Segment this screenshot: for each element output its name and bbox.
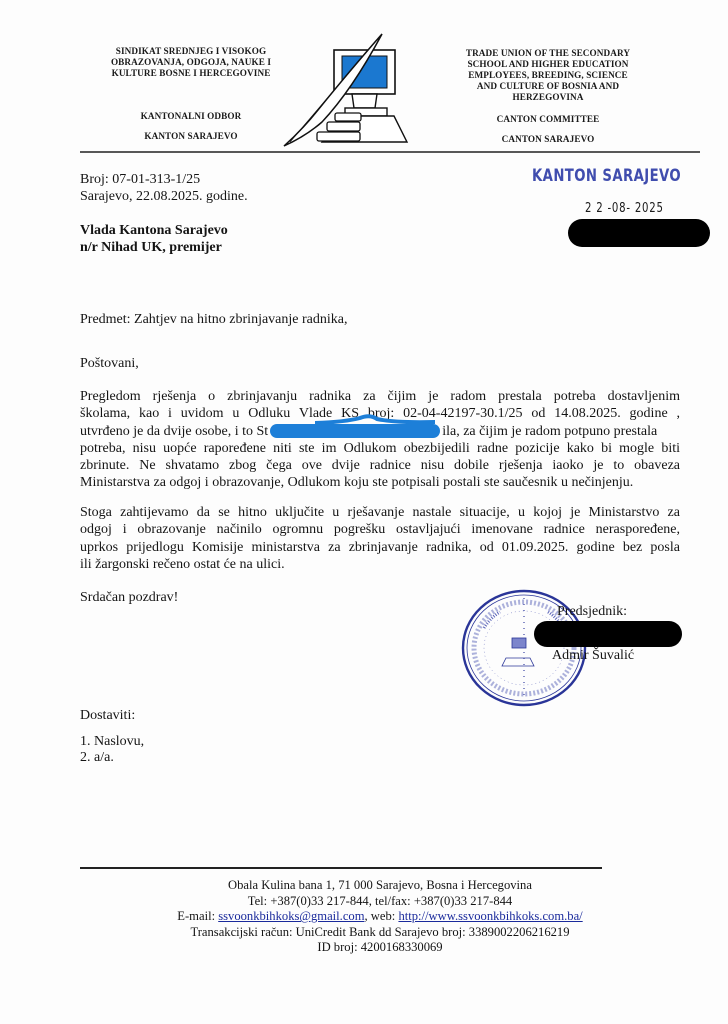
body-paragraph-1: Pregledom rješenja o zbrinjavanju radnik… xyxy=(80,388,680,492)
website-link[interactable]: http://www.ssvoonkbihkoks.com.ba/ xyxy=(398,909,582,923)
distribution-item: 1. Naslovu, xyxy=(80,733,144,750)
redaction-bar xyxy=(568,219,710,247)
committee-bosnian: KANTONALNI ODBOR xyxy=(96,111,286,122)
reference-date: Sarajevo, 22.08.2025. godine. xyxy=(80,188,248,205)
recipient-name: Vlada Kantona Sarajevo xyxy=(80,222,228,239)
header-divider xyxy=(80,150,700,154)
email-link[interactable]: ssvoonkbihkoks@gmail.com xyxy=(218,909,364,923)
reference-number: Broj: 07-01-313-1/25 xyxy=(80,171,200,188)
signature-redaction xyxy=(534,621,682,647)
recipient-attention: n/r Nihad UK, premijer xyxy=(80,239,222,256)
computer-with-quill-and-books-icon xyxy=(282,28,432,152)
distribution-label: Dostaviti: xyxy=(80,707,135,724)
letter-page: SINDIKAT SREDNJEG I VISOKOG OBRAZOVANJA,… xyxy=(0,0,728,1024)
subject-line: Predmet: Zahtjev na hitno zbrinjavanje r… xyxy=(80,311,347,328)
union-name-bosnian: SINDIKAT SREDNJEG I VISOKOG OBRAZOVANJA,… xyxy=(96,46,286,79)
footer-bank-account: Transakcijski račun: UniCredit Bank dd S… xyxy=(100,925,660,941)
closing: Srdačan pozdrav! xyxy=(80,589,178,606)
receipt-stamp-date: 2 2 -08- 2025 xyxy=(585,201,664,216)
footer-id-number: ID broj: 4200168330069 xyxy=(100,940,660,956)
greeting: Poštovani, xyxy=(80,355,139,372)
redaction-scribble xyxy=(315,414,435,424)
footer-phone: Tel: +387(0)33 217-844, tel/fax: +387(0)… xyxy=(100,894,660,910)
footer-contact: Obala Kulina bana 1, 71 000 Sarajevo, Bo… xyxy=(100,878,660,956)
redacted-names xyxy=(270,424,440,438)
signatory-name: Admir Šuvalić xyxy=(552,648,634,664)
committee-english: CANTON COMMITTEE xyxy=(448,114,648,125)
union-name-english: TRADE UNION OF THE SECONDARY SCHOOL AND … xyxy=(448,48,648,103)
canton-english: CANTON SARAJEVO xyxy=(448,134,648,145)
footer-address: Obala Kulina bana 1, 71 000 Sarajevo, Bo… xyxy=(100,878,660,894)
receipt-stamp-office: KANTON SARAJEVO xyxy=(532,166,681,186)
canton-bosnian: KANTON SARAJEVO xyxy=(96,131,286,142)
footer-divider xyxy=(80,867,602,869)
body-paragraph-2: Stoga zahtijevamo da se hitno uključite … xyxy=(80,504,680,573)
distribution-item: 2. a/a. xyxy=(80,749,114,766)
signature-title: Predsjednik: xyxy=(557,604,627,620)
